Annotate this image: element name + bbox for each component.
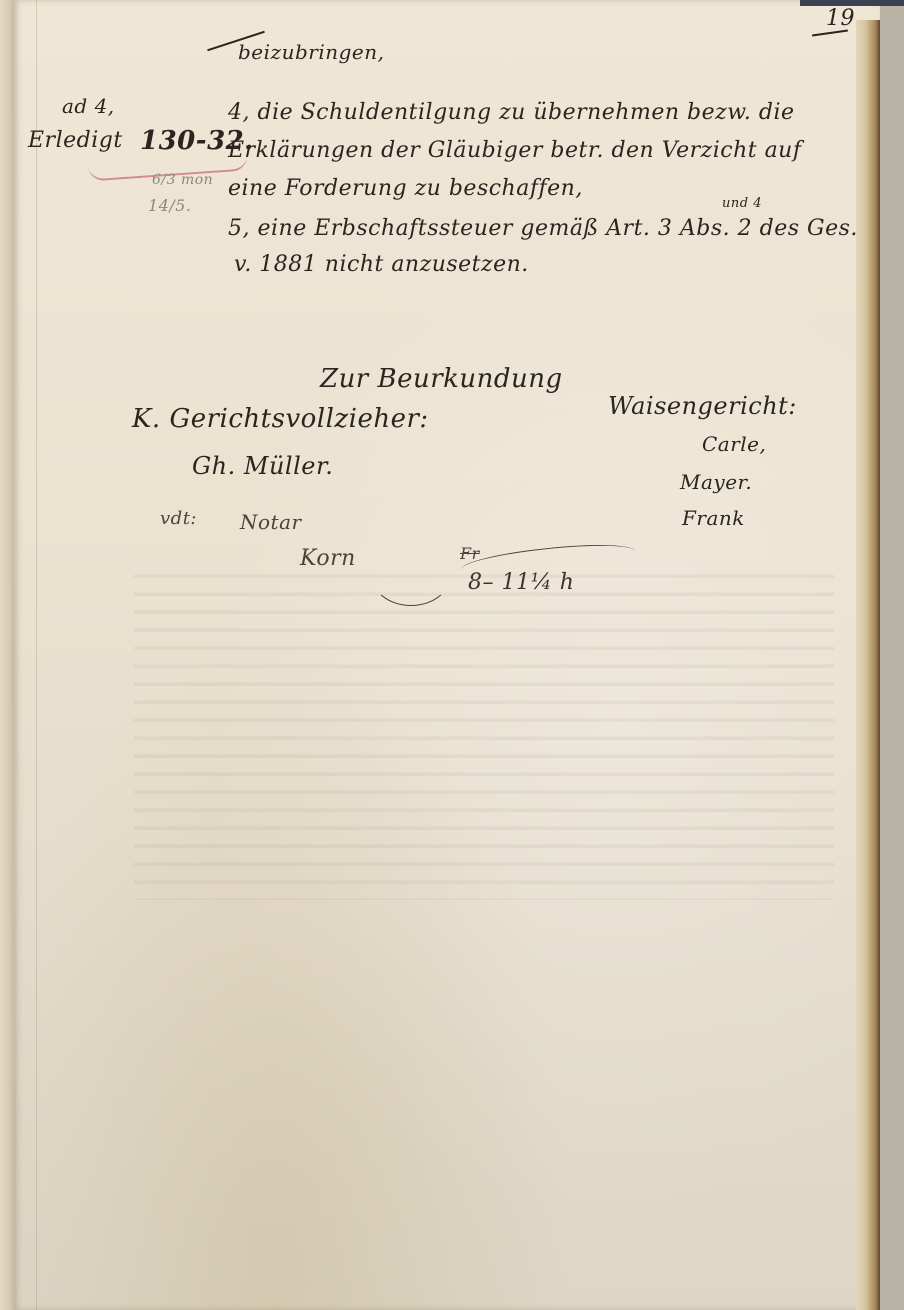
court-bailiff-title: K. Gerichtsvollzieher:	[132, 404, 429, 434]
left-binding-strip	[0, 0, 14, 1310]
pencil-note-2: 14/5.	[148, 196, 192, 215]
body-line-2: Erklärungen der Gläubiger betr. den Verz…	[228, 138, 802, 163]
margin-erledigt: Erledigt	[28, 128, 123, 153]
clerk-mark: Fr	[460, 544, 480, 563]
notary-name: Korn	[300, 546, 356, 571]
page-number: 19	[826, 6, 855, 31]
closing-heading: Zur Beurkundung	[320, 364, 563, 394]
pencil-note-1: 6/3 mon	[152, 172, 213, 188]
court-bailiff-signature: Gh. Müller.	[192, 452, 333, 480]
body-line-4: 5, eine Erbschaftssteuer gemäß Art. 3 Ab…	[228, 216, 858, 241]
margin-ref: ad 4,	[62, 94, 115, 118]
signature-flourish	[370, 540, 452, 606]
body-line-5: v. 1881 nicht anzusetzen.	[234, 252, 529, 277]
bleed-through-text	[134, 560, 834, 900]
body-line-1: 4, die Schuldentilgung zu übernehmen bez…	[228, 100, 795, 125]
notary-prefix: vdt:	[160, 508, 197, 529]
orphan-court-title: Waisengericht:	[608, 392, 797, 420]
witness-signature-3: Frank	[682, 506, 745, 530]
fee-note: 8– 11¼ h	[468, 570, 574, 595]
body-line-3: eine Forderung zu beschaffen,	[228, 176, 583, 201]
body-line-0: beizubringen,	[238, 40, 384, 64]
witness-signature-2: Mayer.	[680, 470, 752, 494]
notary-title: Notar	[240, 510, 302, 534]
page-fold-line	[36, 0, 37, 1310]
page-stack-edge	[856, 20, 880, 1310]
witness-signature-1: Carle,	[702, 432, 766, 456]
body-line-4-superscript: und 4	[722, 196, 762, 211]
